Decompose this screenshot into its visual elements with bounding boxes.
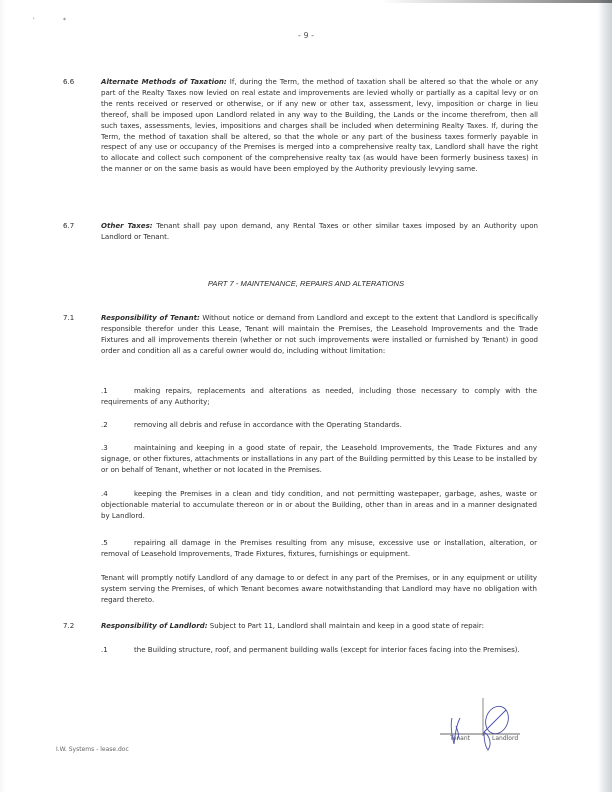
section-6-6: 6.6 Alternate Methods of Taxation: If, d…	[63, 77, 538, 175]
subsection-text: keeping the Premises in a clean and tidy…	[101, 489, 537, 520]
subsection-text: removing all debris and refuse in accord…	[134, 420, 402, 429]
signature-ink-icon	[440, 696, 560, 756]
initials-block: Tenant Landlord	[440, 696, 560, 756]
section-title: Alternate Methods of Taxation:	[101, 77, 227, 86]
section-number: 6.6	[63, 77, 93, 88]
section-number: 7.2	[63, 621, 93, 632]
section-title: Responsibility of Landlord:	[101, 621, 208, 630]
subsection-7-1-4: .4keeping the Premises in a clean and ti…	[101, 489, 537, 522]
section-number: 6.7	[63, 221, 93, 232]
section-6-7: 6.7 Other Taxes: Tenant shall pay upon d…	[63, 221, 538, 243]
corner-mark: *	[63, 17, 66, 24]
subsection-label: .1	[101, 645, 134, 656]
section-title: Other Taxes:	[101, 221, 153, 230]
section-text: Tenant shall pay upon demand, any Rental…	[101, 221, 538, 241]
subsection-text: maintaining and keeping in a good state …	[101, 443, 537, 474]
subsection-text: making repairs, replacements and alterat…	[101, 386, 537, 406]
section-text: If, during the Term, the method of taxat…	[101, 77, 538, 173]
section-title: Responsibility of Tenant:	[101, 313, 200, 322]
section-text: Subject to Part 11, Landlord shall maint…	[210, 621, 484, 630]
corner-mark: '	[33, 17, 35, 24]
subsection-label: .2	[101, 420, 134, 431]
footer-filename: I.W. Systems - lease.doc	[56, 746, 129, 753]
subsection-7-1-5: .5repairing all damage in the Premises r…	[101, 538, 537, 560]
section-7-1-closing: Tenant will promptly notify Landlord of …	[101, 573, 537, 606]
closing-text: Tenant will promptly notify Landlord of …	[101, 573, 537, 604]
subsection-7-2-1: .1the Building structure, roof, and perm…	[101, 645, 537, 656]
subsection-label: .1	[101, 386, 134, 397]
page-number: - 9 -	[0, 31, 612, 40]
section-7-1: 7.1 Responsibility of Tenant: Without no…	[63, 313, 538, 357]
subsection-label: .5	[101, 538, 134, 549]
subsection-text: the Building structure, roof, and perman…	[134, 645, 520, 654]
section-7-2: 7.2 Responsibility of Landlord: Subject …	[63, 621, 538, 632]
subsection-7-1-1: .1making repairs, replacements and alter…	[101, 386, 537, 408]
part-heading: PART 7 - MAINTENANCE, REPAIRS AND ALTERA…	[0, 279, 612, 288]
subsection-text: repairing all damage in the Premises res…	[101, 538, 537, 558]
document-page: ' * - 9 - 6.6 Alternate Methods of Taxat…	[0, 0, 612, 792]
subsection-label: .4	[101, 489, 134, 500]
subsection-7-1-3: .3maintaining and keeping in a good stat…	[101, 443, 537, 476]
scan-edge-shadow	[380, 0, 612, 3]
section-number: 7.1	[63, 313, 93, 324]
landlord-label: Landlord	[492, 735, 518, 742]
subsection-label: .3	[101, 443, 134, 454]
subsection-7-1-2: .2removing all debris and refuse in acco…	[101, 420, 537, 431]
tenant-label: Tenant	[450, 735, 470, 742]
